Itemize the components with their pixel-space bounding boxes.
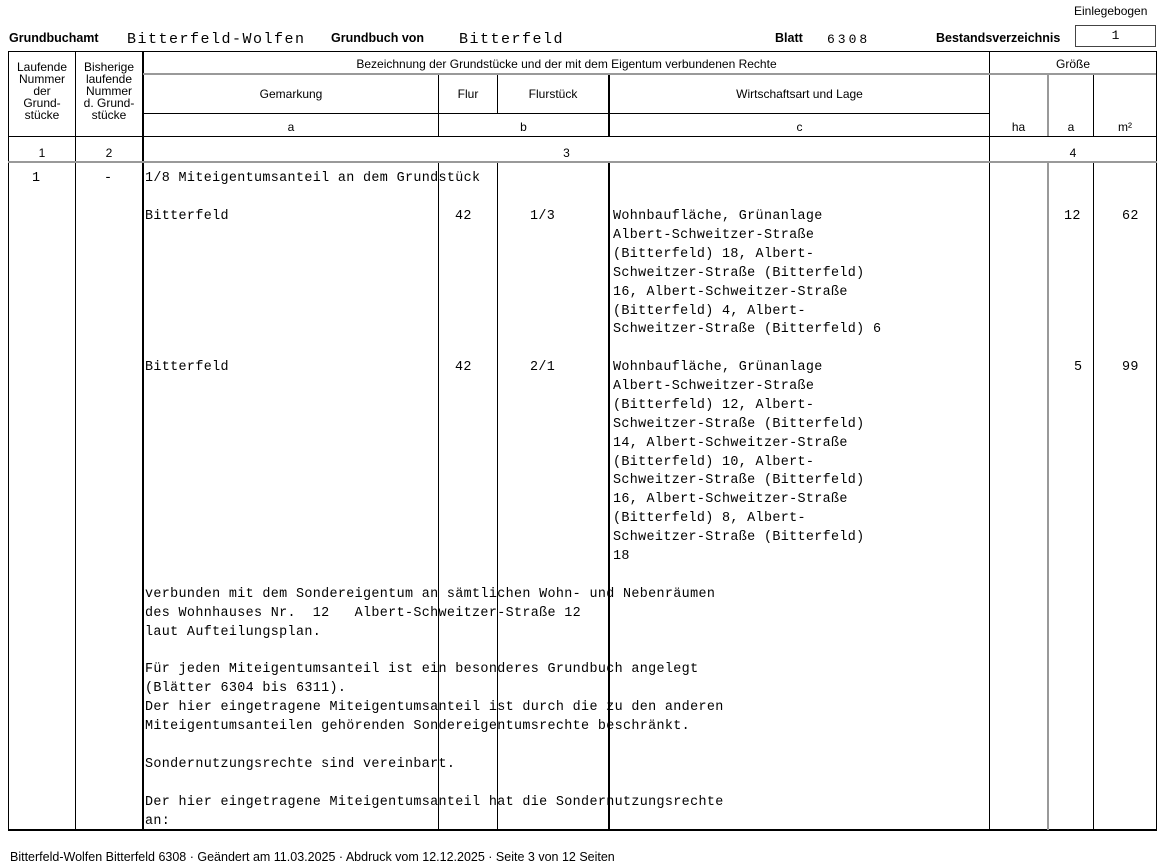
bisherige-nr: - [104, 170, 112, 189]
parcel-flurstueck: 2/1 [530, 359, 555, 378]
parcel-flurstueck: 1/3 [530, 208, 555, 227]
parcel-flur: 42 [455, 208, 472, 227]
page-footer: Bitterfeld-Wolfen Bitterfeld 6308 · Geän… [10, 850, 615, 864]
header-groesse: Größe [990, 58, 1156, 70]
header-m2: m² [1094, 121, 1156, 133]
header-wirtschaftsart: Wirtschaftsart und Lage [610, 88, 989, 100]
parcel-m2: 99 [1122, 359, 1139, 378]
header-letter-b: b [439, 121, 608, 133]
header-ha: ha [990, 121, 1047, 133]
header-flur: Flur [439, 88, 497, 100]
grundbuch-von-label: Grundbuch von [331, 31, 424, 45]
blatt-label: Blatt [775, 31, 803, 45]
header-num-1: 1 [9, 147, 75, 159]
header-num-3: 3 [144, 147, 989, 159]
header-laufende-nummer: Laufende Nummer der Grund- stücke [9, 61, 75, 121]
header-letter-a: a [144, 121, 438, 133]
parcel-gemarkung: Bitterfeld [145, 359, 229, 378]
header-line-numbers [8, 161, 1157, 163]
parcel-flur: 42 [455, 359, 472, 378]
col-sep-2 [142, 51, 144, 831]
parcel-gemarkung: Bitterfeld [145, 208, 229, 227]
table-left-border [8, 51, 9, 831]
header-gemarkung: Gemarkung [144, 88, 438, 100]
blatt-value: 6308 [827, 32, 870, 47]
header-num-4: 4 [990, 147, 1156, 159]
lfd-nr: 1 [32, 170, 40, 189]
parcel-wirtschaftsart: Wohnbaufläche, Grünanlage Albert-Schweit… [613, 359, 865, 567]
header-flurstueck: Flurstück [498, 88, 608, 100]
header-line-group [143, 73, 1156, 75]
col-sep-ha-a-body [1047, 162, 1049, 830]
grundbuchamt-value: Bitterfeld-Wolfen [127, 31, 306, 48]
parcel-a: 12 [1064, 208, 1081, 227]
header-bisherige-nummer: Bisherige laufende Nummer d. Grund- stüc… [76, 61, 142, 121]
header-letter-c: c [610, 121, 989, 133]
table-top-border [8, 51, 1157, 52]
header-bezeichnung: Bezeichnung der Grundstücke und der mit … [144, 58, 989, 70]
header-line-sub [143, 113, 990, 114]
paragraph-sondernutzung-vereinbart: Sondernutzungsrechte sind vereinbart. [145, 756, 455, 775]
intro-text: 1/8 Miteigentumsanteil an dem Grundstück [145, 170, 480, 189]
parcel-m2: 62 [1122, 208, 1139, 227]
bestandsverzeichnis-label: Bestandsverzeichnis [936, 31, 1060, 45]
header-line-letters [8, 136, 1157, 137]
paragraph-sondernutzung-an: Der hier eingetragene Miteigentumsanteil… [145, 794, 724, 832]
parcel-wirtschaftsart: Wohnbaufläche, Grünanlage Albert-Schweit… [613, 208, 881, 340]
einlegebogen-label: Einlegebogen [1074, 4, 1147, 18]
header-a: a [1049, 121, 1093, 133]
table-right-border [1156, 51, 1157, 831]
grundbuch-von-value: Bitterfeld [459, 31, 564, 48]
col-sep-1 [75, 51, 76, 831]
col-sep-a-m2-body [1093, 162, 1094, 830]
paragraph-grundbuch-angelegt: Für jeden Miteigentumsanteil ist ein bes… [145, 661, 724, 737]
col-sep-3-4 [989, 51, 990, 831]
einlegebogen-value: 1 [1075, 25, 1156, 47]
header-num-2: 2 [76, 147, 142, 159]
grundbuchamt-label: Grundbuchamt [9, 31, 99, 45]
paragraph-sondereigentum: verbunden mit dem Sondereigentum an sämt… [145, 586, 715, 643]
parcel-a: 5 [1074, 359, 1082, 378]
